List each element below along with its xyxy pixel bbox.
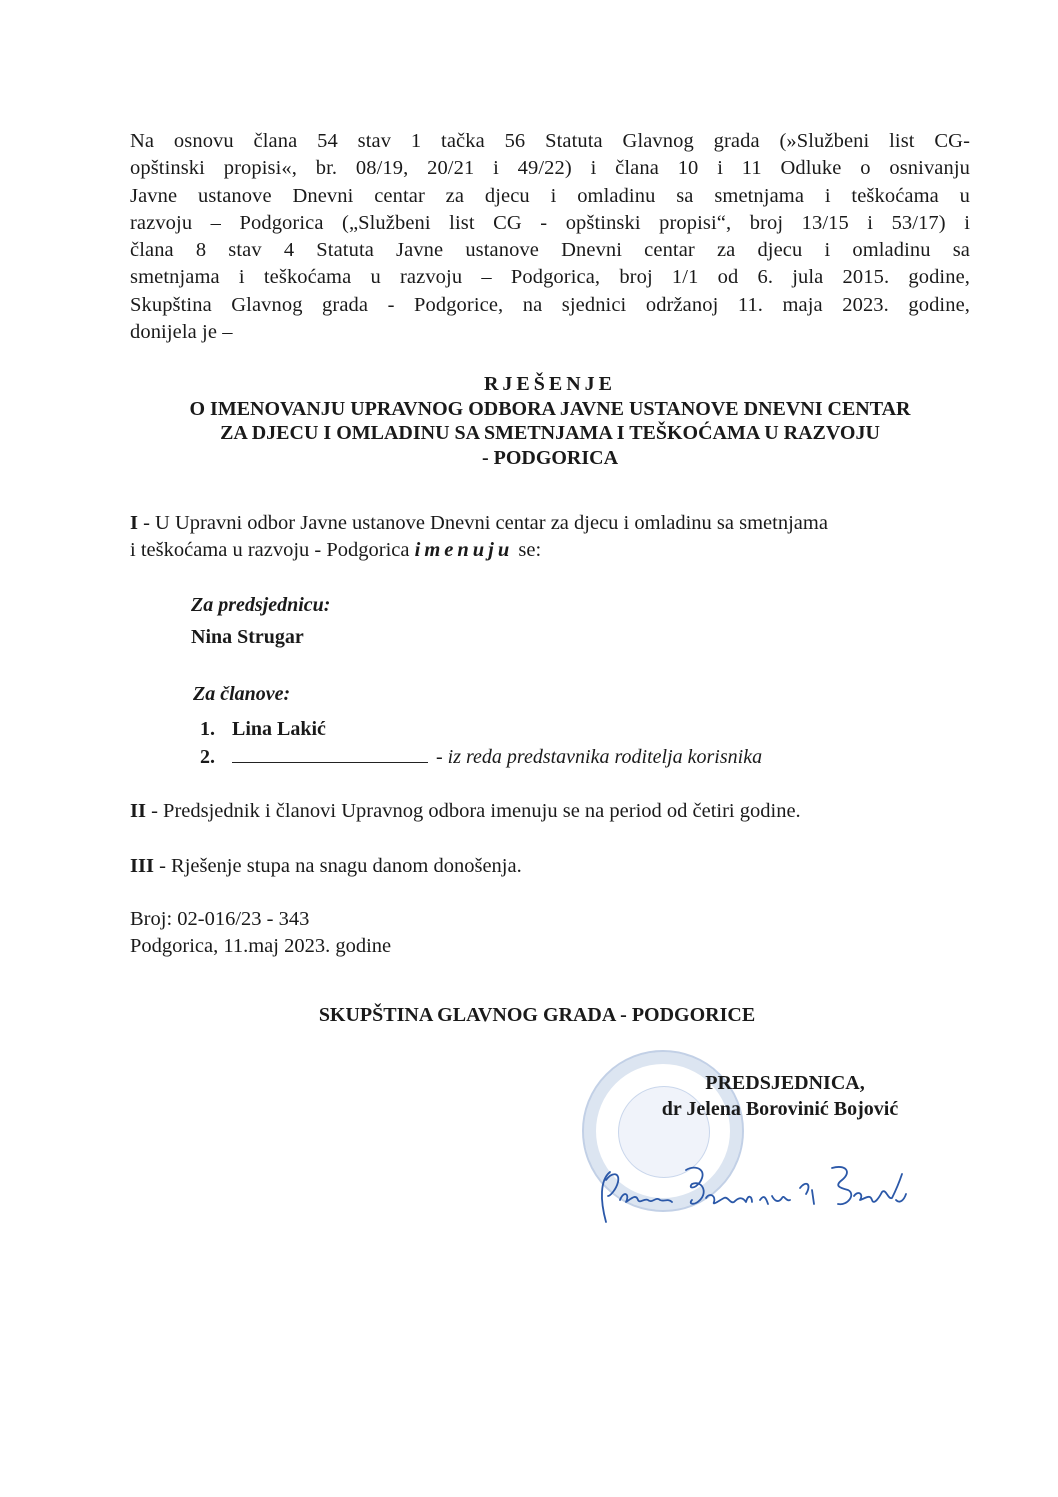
section-1-text-2: i teškoćama u razvoju - Podgorica [130,539,415,561]
president-label: Za predsjednicu: [191,594,330,617]
preamble-line: donijela je – [130,319,970,346]
section-1-line-2: i teškoćama u razvoju - Podgorica imenuj… [130,537,970,564]
members-label: Za članove: [193,683,290,706]
decision-subject-line-3: - PODGORICA [130,446,970,471]
president-name: Nina Strugar [191,626,304,649]
member-number: 1. [200,718,232,741]
decision-heading: RJEŠENJE [130,372,970,397]
section-1-text-1: - U Upravni odbor Javne ustanove Dnevni … [138,512,828,534]
member-item: 1.Lina Lakić [200,718,326,741]
section-1: I - U Upravni odbor Javne ustanove Dnevn… [130,510,970,564]
decision-title: RJEŠENJE O IMENOVANJU UPRAVNOG ODBORA JA… [130,372,970,470]
preamble-line: člana 8 stav 4 Statuta Javne ustanove Dn… [130,237,970,264]
preamble-line: Javne ustanove Dnevni centar za djecu i … [130,183,970,210]
preamble-line: Skupština Glavnog grada - Podgorice, na … [130,292,970,319]
preamble-line: opštinski propisi«, br. 08/19, 20/21 i 4… [130,155,970,182]
signatory-name: dr Jelena Borovinić Bojović [590,1096,970,1122]
section-3-text: - Rješenje stupa na snagu danom donošenj… [154,855,522,877]
member-blank-line [232,761,428,763]
decision-subject-line-1: O IMENOVANJU UPRAVNOG ODBORA JAVNE USTAN… [130,397,970,422]
member-item: 2.- iz reda predstavnika roditelja koris… [200,746,762,769]
member-note: - iz reda predstavnika roditelja korisni… [436,746,762,768]
handwritten-signature [596,1160,916,1230]
section-1-numeral: I [130,512,138,534]
section-2: II - Predsjednik i članovi Upravnog odbo… [130,800,801,823]
section-2-numeral: II [130,800,146,822]
section-1-tail: se: [513,539,541,561]
preamble-line: smetnjama i teškoćama u razvoju – Podgor… [130,264,970,291]
member-number: 2. [200,746,232,769]
document-page: Na osnovu člana 54 stav 1 tačka 56 Statu… [0,0,1058,1497]
section-1-line-1: I - U Upravni odbor Javne ustanove Dnevn… [130,510,970,537]
section-2-text: - Predsjednik i članovi Upravnog odbora … [146,800,801,822]
decision-subject-line-2: ZA DJECU I OMLADINU SA SMETNJAMA I TEŠKO… [130,421,970,446]
preamble-line: razvoju – Podgorica („Službeni list CG -… [130,210,970,237]
section-3: III - Rješenje stupa na snagu danom dono… [130,855,522,878]
issuer-name: SKUPŠTINA GLAVNOG GRADA - PODGORICE [0,1004,1058,1027]
signatory-block: PREDSJEDNICA, dr Jelena Borovinić Bojovi… [590,1070,970,1122]
section-1-emphasis: imenuju [415,539,514,561]
preamble-paragraph: Na osnovu člana 54 stav 1 tačka 56 Statu… [130,128,970,346]
reference-number: Broj: 02-016/23 - 343 [130,906,391,933]
member-name: Lina Lakić [232,718,326,740]
reference-block: Broj: 02-016/23 - 343 Podgorica, 11.maj … [130,906,391,960]
signatory-title: PREDSJEDNICA, [590,1070,970,1096]
section-3-numeral: III [130,855,154,877]
reference-place-date: Podgorica, 11.maj 2023. godine [130,933,391,960]
preamble-line: Na osnovu člana 54 stav 1 tačka 56 Statu… [130,128,970,155]
